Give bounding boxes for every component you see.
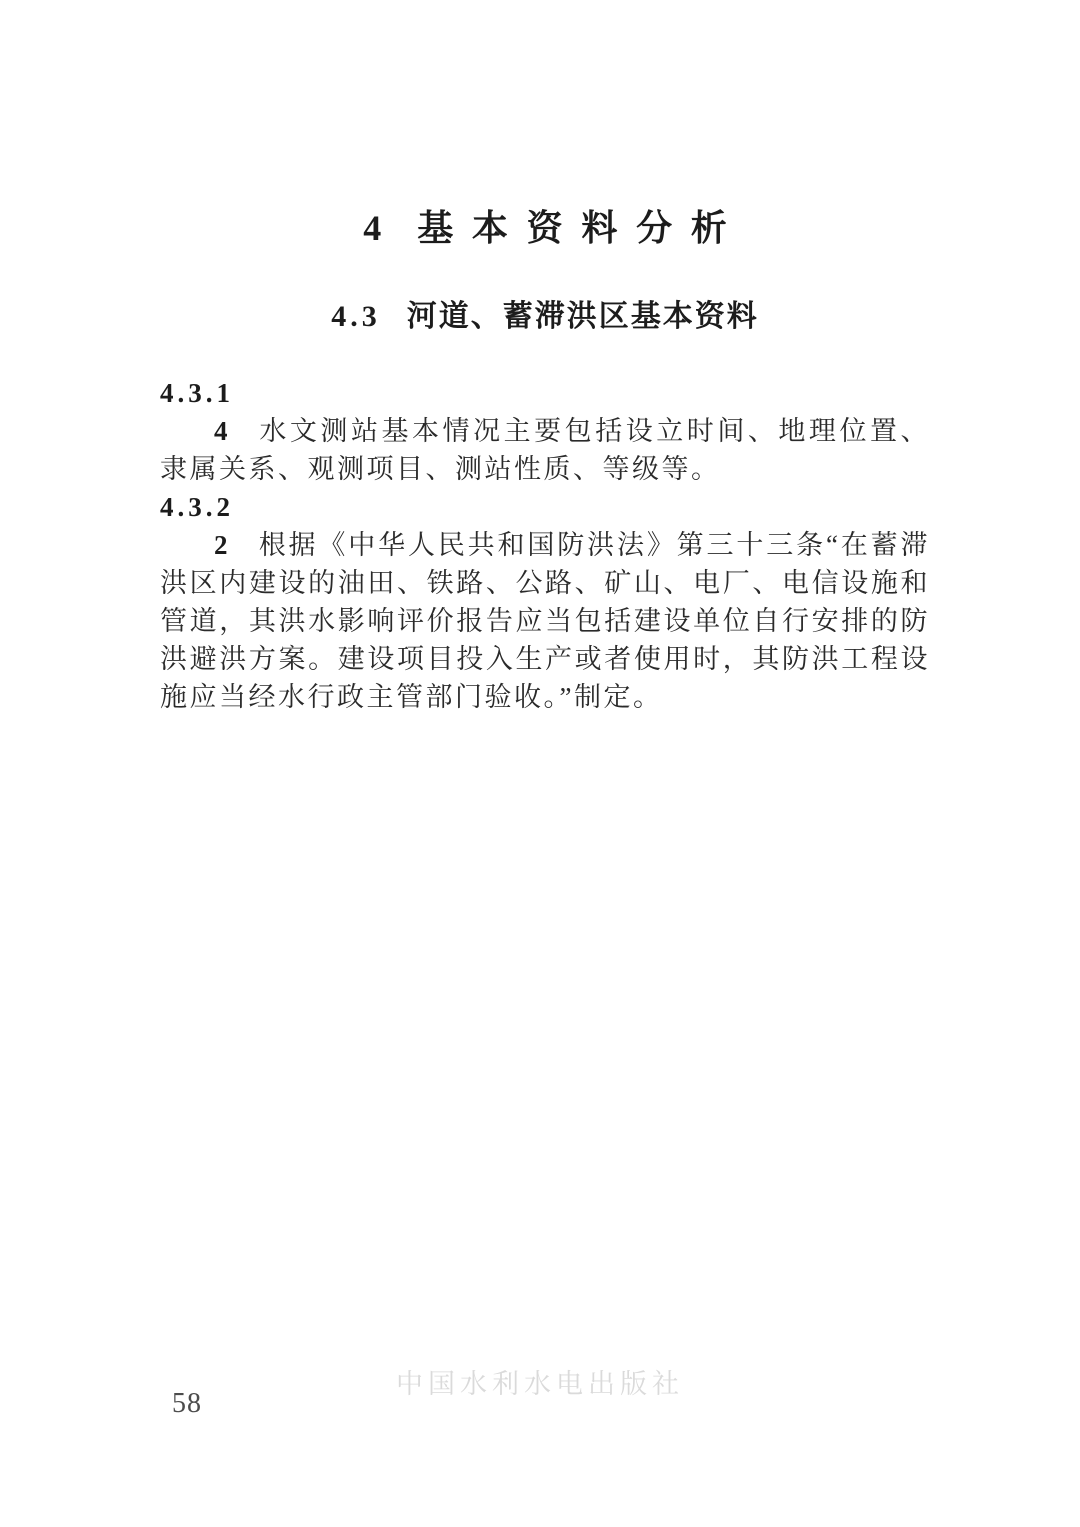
- section-number: 4.3: [331, 300, 381, 333]
- clause-number: 4.3.1: [160, 374, 930, 412]
- clause-number: 4.3.2: [160, 488, 930, 526]
- clause-paragraph: 4水文测站基本情况主要包括设立时间、地理位置、隶属关系、观测项目、测站性质、等级…: [160, 412, 930, 488]
- item-number: 4: [214, 416, 230, 446]
- clause-list: 4.3.1 4水文测站基本情况主要包括设立时间、地理位置、隶属关系、观测项目、测…: [160, 374, 930, 716]
- publisher-watermark: 中国水利水电出版社: [0, 1362, 1080, 1401]
- chapter-title: 4基本资料分析: [160, 208, 930, 248]
- document-page: 4基本资料分析 4.3河道、蓄滞洪区基本资料 4.3.1 4水文测站基本情况主要…: [0, 0, 1080, 1527]
- chapter-number: 4: [363, 208, 383, 248]
- page-number: 58: [172, 1388, 202, 1420]
- item-number: 2: [214, 530, 230, 560]
- paragraph-text: 水文测站基本情况主要包括设立时间、地理位置、隶属关系、观测项目、测站性质、等级等…: [160, 416, 930, 484]
- clause-4-3-2: 4.3.2 2根据《中华人民共和国防洪法》第三十三条“在蓄滞洪区内建设的油田、铁…: [160, 488, 930, 716]
- chapter-title-text: 基本资料分析: [417, 208, 745, 248]
- section-title-text: 河道、蓄滞洪区基本资料: [407, 300, 759, 333]
- paragraph-text: 根据《中华人民共和国防洪法》第三十三条“在蓄滞洪区内建设的油田、铁路、公路、矿山…: [160, 530, 930, 712]
- section-title: 4.3河道、蓄滞洪区基本资料: [160, 300, 930, 334]
- clause-paragraph: 2根据《中华人民共和国防洪法》第三十三条“在蓄滞洪区内建设的油田、铁路、公路、矿…: [160, 526, 930, 716]
- page-content: 4基本资料分析 4.3河道、蓄滞洪区基本资料 4.3.1 4水文测站基本情况主要…: [160, 208, 930, 716]
- clause-4-3-1: 4.3.1 4水文测站基本情况主要包括设立时间、地理位置、隶属关系、观测项目、测…: [160, 374, 930, 488]
